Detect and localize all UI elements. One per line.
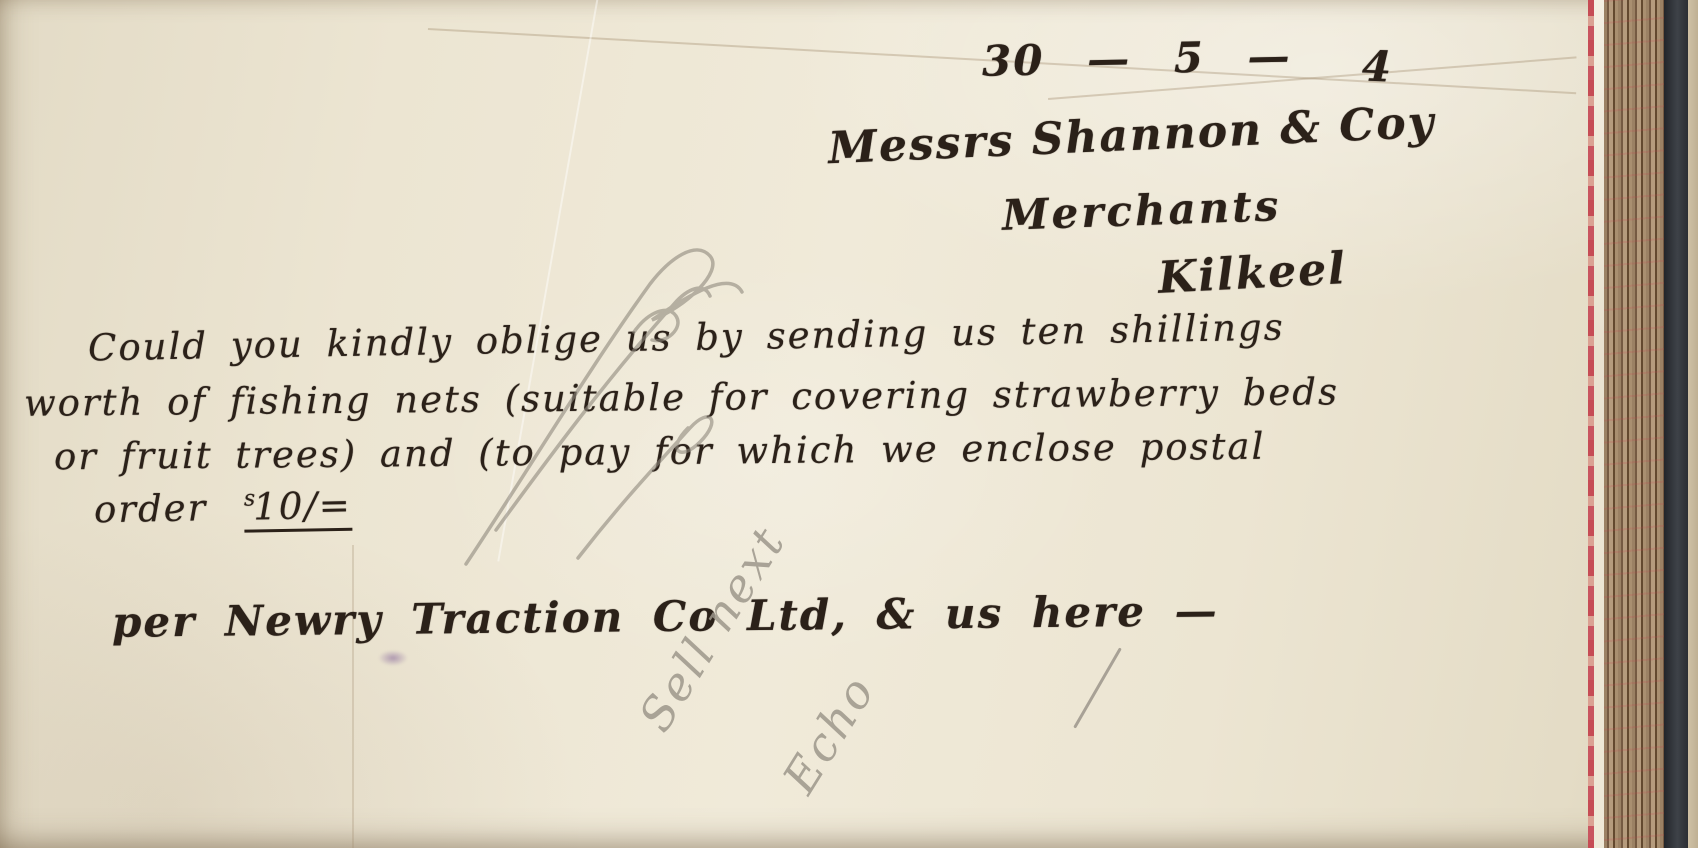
closing-line: per Newry Traction Co Ltd, & us here — bbox=[112, 586, 1219, 647]
letter-date-year: 4 bbox=[1361, 42, 1392, 92]
paper-crease bbox=[352, 545, 354, 848]
addressee-descriptor: Merchants bbox=[1001, 181, 1282, 240]
pencil-slash-mark bbox=[1073, 647, 1122, 728]
body-line-4-word: order bbox=[94, 486, 208, 531]
pencil-scrawl bbox=[438, 212, 768, 592]
body-line-4: order s10/= bbox=[94, 484, 353, 531]
amount-figures: 10/= bbox=[253, 484, 352, 529]
ink-smudge bbox=[378, 650, 408, 666]
addressee-name: Messrs Shannon & Coy bbox=[827, 97, 1436, 174]
book-outer-edge bbox=[1688, 0, 1698, 848]
book-page-edges bbox=[1604, 0, 1664, 848]
letter-date: 30 — 5 — bbox=[982, 31, 1292, 85]
book-cover-edge bbox=[1664, 0, 1688, 848]
addressee-place: Kilkeel bbox=[1157, 243, 1348, 304]
page-edge-red-deckle bbox=[1588, 0, 1594, 848]
letterbook-scan: 30 — 5 — 4 Messrs Shannon & Coy Merchant… bbox=[0, 0, 1698, 848]
postal-order-amount: s10/= bbox=[244, 484, 353, 533]
pencil-note-2: Echo bbox=[772, 665, 886, 803]
